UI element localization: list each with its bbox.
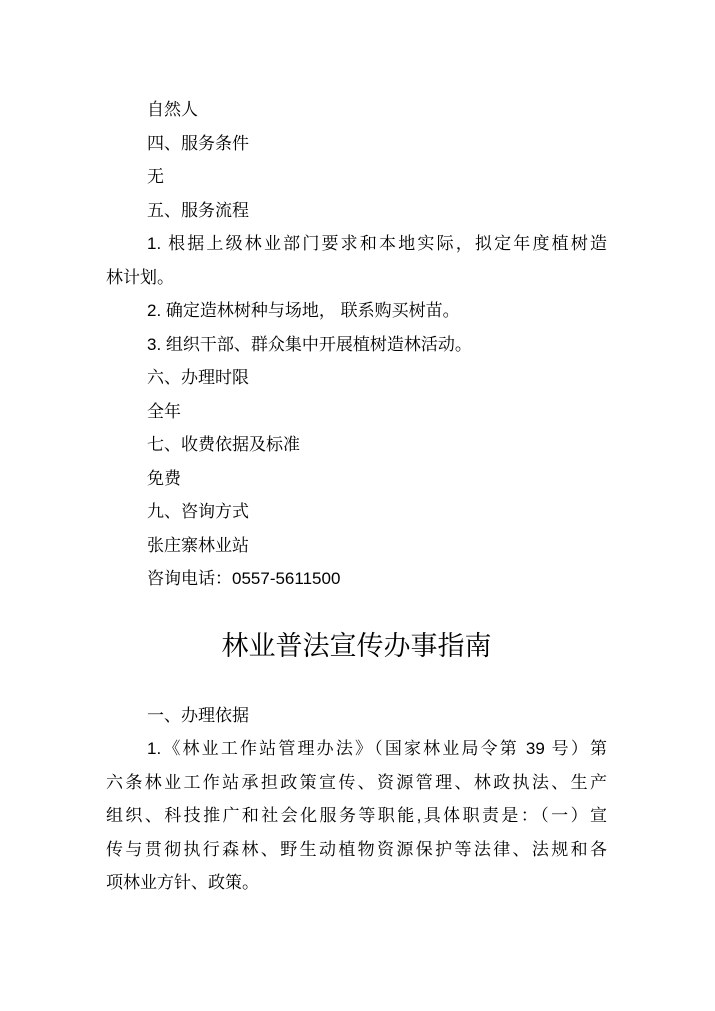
- paragraph-line: 五、服务流程: [106, 194, 607, 228]
- paragraph-line: 六、办理时限: [106, 361, 607, 395]
- paragraph-line: 组织、科技推广和社会化服务等职能,具体职责是：（一）宣: [106, 799, 607, 833]
- paragraph-line: 九、咨询方式: [106, 495, 607, 529]
- paragraph-line: 张庄寨林业站: [106, 529, 607, 563]
- paragraph-line: 免费: [106, 462, 607, 496]
- paragraph-line: 六条林业工作站承担政策宣传、资源管理、林政执法、生产: [106, 766, 607, 800]
- paragraph-line: 1. 根据上级林业部门要求和本地实际，拟定年度植树造: [106, 227, 607, 261]
- paragraph-line: 四、服务条件: [106, 127, 607, 161]
- paragraph-line: 咨询电话：0557-5611500: [106, 562, 607, 596]
- document-page: 自然人 四、服务条件 无 五、服务流程 1. 根据上级林业部门要求和本地实际，拟…: [0, 0, 715, 1011]
- paragraph-line: 项林业方针、政策。: [106, 866, 607, 900]
- paragraph-line: 传与贯彻执行森林、野生动植物资源保护等法律、法规和各: [106, 833, 607, 867]
- paragraph-line: 七、收费依据及标准: [106, 428, 607, 462]
- paragraph-line: 全年: [106, 395, 607, 429]
- paragraph-line: 3. 组织干部、群众集中开展植树造林活动。: [106, 328, 607, 362]
- paragraph-line: 2. 确定造林树种与场地， 联系购买树苗。: [106, 294, 607, 328]
- paragraph-line: 无: [106, 160, 607, 194]
- paragraph-line: 一、办理依据: [106, 699, 607, 733]
- document-content: 自然人 四、服务条件 无 五、服务流程 1. 根据上级林业部门要求和本地实际，拟…: [0, 0, 715, 900]
- paragraph-line: 自然人: [106, 93, 607, 127]
- paragraph-line: 1.《林业工作站管理办法》（国家林业局令第 39 号）第: [106, 732, 607, 766]
- document-title: 林业普法宣传办事指南: [106, 626, 607, 666]
- paragraph-line: 林计划。: [106, 261, 607, 295]
